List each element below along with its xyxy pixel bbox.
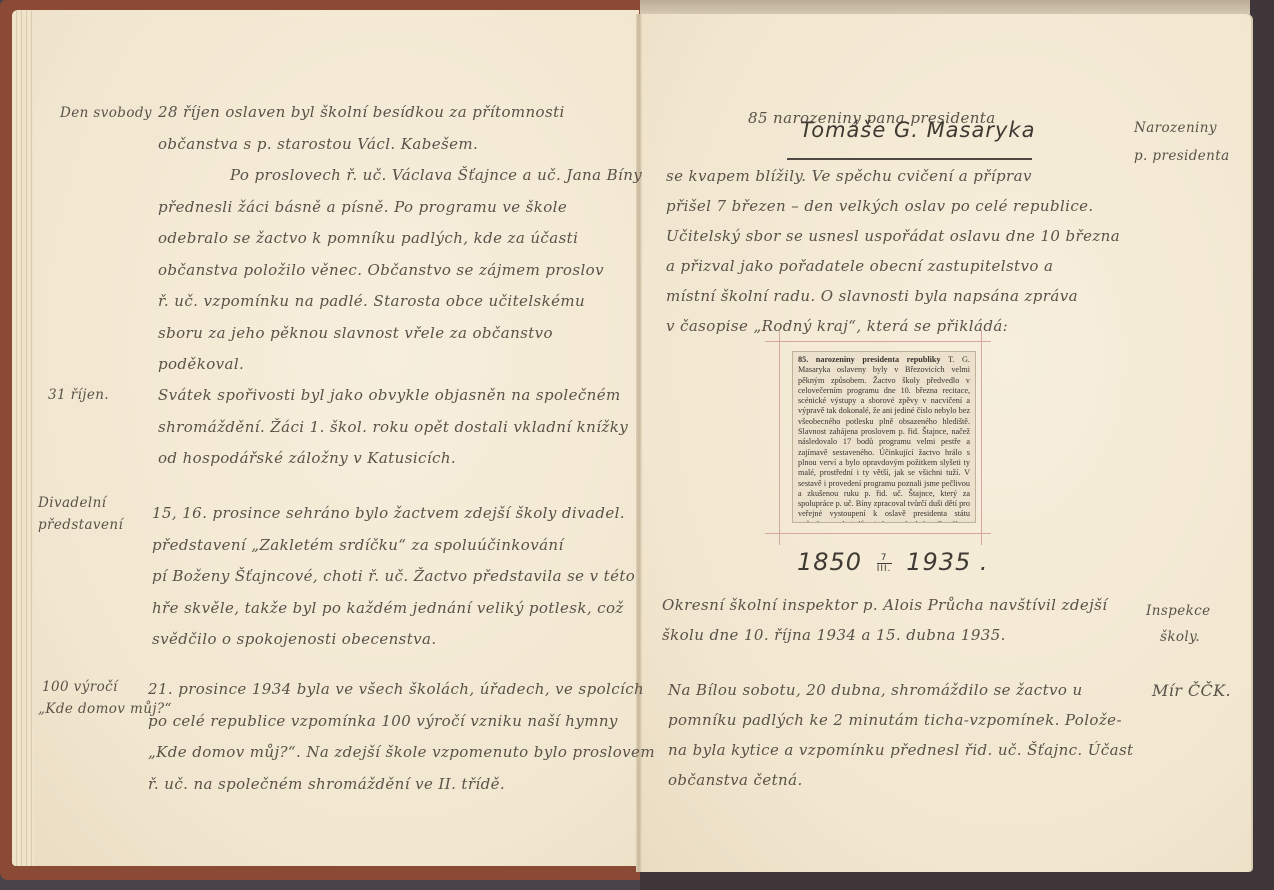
entry-divadelni-predstaveni: 15, 16. prosince sehráno bylo žactvem zd… <box>152 498 635 656</box>
text-line: od hospodářské záložny v Katusicích. <box>158 443 628 475</box>
margin-label-text: Narozeniny <box>1134 117 1230 139</box>
margin-label-31-rijen: 31 říjen. <box>48 384 109 406</box>
text-line: místní školní radu. O slavnosti byla nap… <box>666 281 1120 311</box>
entry-bila-sobota: Na Bílou sobotu, 20 dubna, shromáždilo s… <box>668 675 1133 795</box>
entry-narozeniny-presidenta: se kvapem blížily. Ve spěchu cvičení a p… <box>666 161 1120 341</box>
pencil-guide-line <box>779 330 780 545</box>
text-line: svědčilo o spokojenosti obecenstva. <box>152 624 635 656</box>
pencil-guide-line <box>765 341 991 342</box>
text-line: a přizval jako pořadatele obecní zastupi… <box>666 251 1120 281</box>
margin-label-text: Inspekce <box>1146 600 1211 622</box>
text-line: Svátek spořivosti byl jako obvykle objas… <box>158 380 628 412</box>
text-line: představení „Zakletém srdíčku“ za spoluú… <box>152 530 635 562</box>
birth-month: III. <box>877 564 892 574</box>
text-line: se kvapem blížily. Ve spěchu cvičení a p… <box>666 161 1120 191</box>
life-years: 1850 7 III. 1935 . <box>797 548 989 576</box>
margin-label-divadelni-predstaveni: Divadelní představení <box>38 492 123 536</box>
text-line: občanstva s p. starostou Václ. Kabešem. <box>158 129 642 161</box>
text-line: 28 říjen oslaven byl školní besídkou za … <box>158 97 642 129</box>
text-line: 15, 16. prosince sehráno bylo žactvem zd… <box>152 498 635 530</box>
birth-date-fraction: 7 III. <box>877 553 892 574</box>
text-line: 21. prosince 1934 byla ve všech školách,… <box>148 674 655 706</box>
birth-year: 1850 <box>797 548 862 576</box>
margin-label-inspekce: Inspekce školy. <box>1146 600 1211 648</box>
margin-label-den-svobody: Den svobody <box>60 102 152 124</box>
entry-inspekce: Okresní školní inspektor p. Alois Průcha… <box>662 590 1107 650</box>
margin-label-text: Den svobody <box>60 102 152 124</box>
text-line: školu dne 10. října 1934 a 15. dubna 193… <box>662 620 1107 650</box>
text-line: poděkoval. <box>158 349 642 381</box>
text-line: „Kde domov můj?“. Na zdejší škole vzpome… <box>148 737 655 769</box>
text-line: po celé republice vzpomínka 100 výročí v… <box>148 706 655 738</box>
text-line: na byla kytice a vzpomínku přednesl řid.… <box>668 735 1133 765</box>
margin-label-text: představení <box>38 514 123 536</box>
text-line: sboru za jeho pěknou slavnost vřele za o… <box>158 318 642 350</box>
text-line: pomníku padlých ke 2 minutám ticha-vzpom… <box>668 705 1133 735</box>
text-line: občanstva četná. <box>668 765 1133 795</box>
text-line: přednesli žáci básně a písně. Po program… <box>158 192 642 224</box>
margin-label-text: Divadelní <box>38 492 123 514</box>
text-line: hře skvěle, takže byl po každém jednání … <box>152 593 635 625</box>
entry-den-svobody: 28 říjen oslaven byl školní besídkou za … <box>158 97 642 381</box>
text-line: přišel 7 březen – den velkých oslav po c… <box>666 191 1120 221</box>
margin-label-text: školy. <box>1160 626 1211 648</box>
heading-underline <box>787 158 1032 160</box>
margin-label-text: 31 říjen. <box>48 384 109 406</box>
clipping-body: T. G. Masaryka oslaveny byly v Březovicí… <box>798 355 970 523</box>
margin-label-text: Mír ČČK. <box>1152 680 1231 702</box>
entry-svatek-sporivosti: Svátek spořivosti byl jako obvykle objas… <box>158 380 628 475</box>
margin-label-mir-cck: Mír ČČK. <box>1152 680 1231 702</box>
current-year: 1935 . <box>906 548 988 576</box>
text-line: shromáždění. Žáci 1. škol. roku opět dos… <box>158 412 628 444</box>
text-line: ř. uč. vzpomínku na padlé. Starosta obce… <box>158 286 642 318</box>
text-line: Učitelský sbor se usnesl uspořádat oslav… <box>666 221 1120 251</box>
text-line: pí Boženy Šťajncové, choti ř. uč. Žactvo… <box>152 561 635 593</box>
entry-100-vyroci-hymny: 21. prosince 1934 byla ve všech školách,… <box>148 674 655 800</box>
text-line: Na Bílou sobotu, 20 dubna, shromáždilo s… <box>668 675 1133 705</box>
text-line: odebralo se žactvo k pomníku padlých, kd… <box>158 223 642 255</box>
pencil-guide-line <box>765 533 991 534</box>
text-line: Okresní školní inspektor p. Alois Průcha… <box>662 590 1107 620</box>
text-line: občanstva položilo věnec. Občanstvo se z… <box>158 255 642 287</box>
heading-masaryk-name: Tomáše G. Masaryka <box>800 118 1035 142</box>
text-line: v časopise „Rodný kraj“, která se přiklá… <box>666 311 1120 341</box>
text-line: ř. uč. na společném shromáždění ve II. t… <box>148 769 655 801</box>
newspaper-clipping: 85. narozeniny presidenta republiky T. G… <box>792 351 976 523</box>
margin-label-narozeniny: Narozeniny p. presidenta <box>1134 117 1230 167</box>
birth-day: 7 <box>877 553 892 564</box>
margin-label-text: p. presidenta <box>1134 145 1230 167</box>
text-line: Po proslovech ř. uč. Václava Šťajnce a u… <box>158 160 642 192</box>
left-page-edges <box>12 10 34 866</box>
clipping-headline: 85. narozeniny presidenta republiky <box>798 355 941 364</box>
pencil-guide-line <box>981 330 982 545</box>
